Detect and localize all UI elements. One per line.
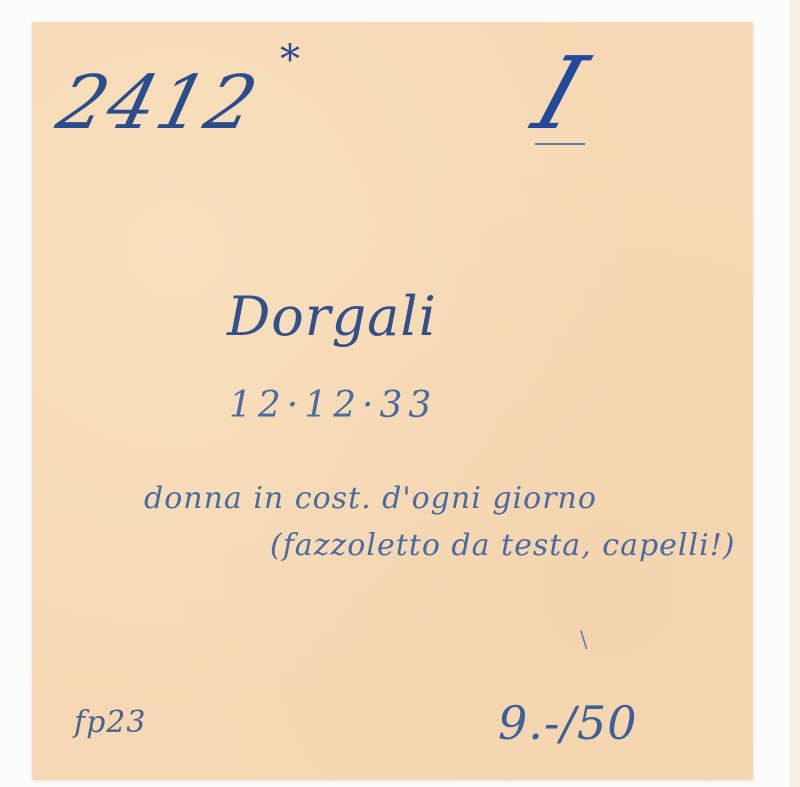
adjacent-page-edge [790,0,800,787]
price-note: 9.-/50 [498,700,637,746]
numeral-underline [535,143,585,145]
catalog-asterisk: * [280,40,301,80]
index-card: 2412 * I Dorgali 12·12·33 donna in cost.… [32,22,753,780]
description-line-1: donna in cost. d'ogni giorno [144,484,597,514]
catalog-number: 2412 [51,66,266,140]
tick-mark: \ [580,630,588,652]
record-date: 12·12·33 [229,388,437,424]
place-name: Dorgali [227,290,437,344]
page-reference: fp23 [74,708,146,738]
description-line-2: (fazzoletto da testa, capelli!) [270,531,735,561]
scan-background: 2412 * I Dorgali 12·12·33 donna in cost.… [0,0,800,787]
section-numeral: I [524,44,597,144]
